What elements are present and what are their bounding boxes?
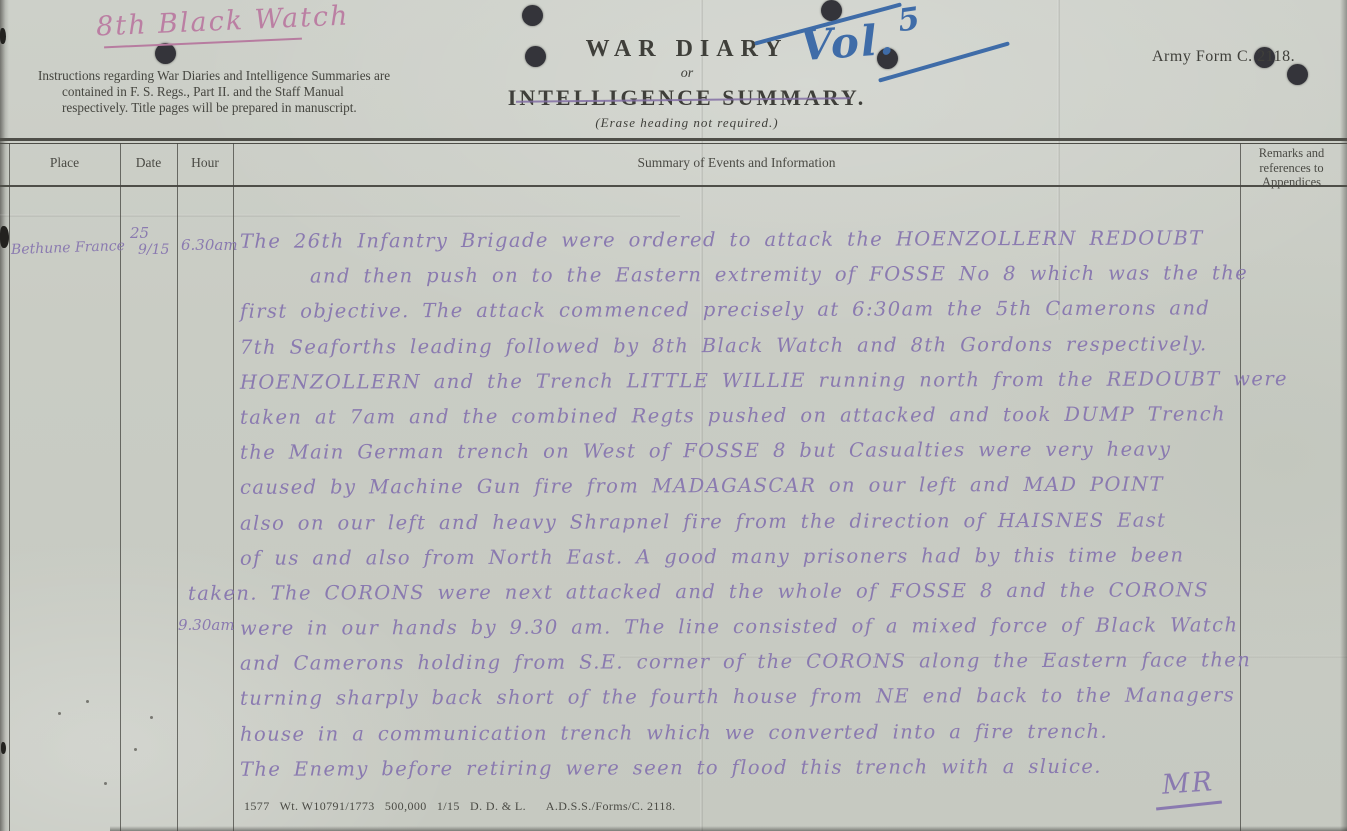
summary-line: taken. The CORONS were next attacked and… [188, 578, 1260, 617]
table-top-rule-thin [0, 143, 1347, 144]
summary-line: The 26th Infantry Brigade were ordered t… [240, 226, 1260, 265]
bottom-edge-shadow [110, 826, 1347, 831]
signature-underline [1156, 801, 1222, 811]
summary-line: The Enemy before retiring were seen to f… [240, 754, 1260, 793]
summary-line: HOENZOLLERN and the Trench LITTLE WILLIE… [240, 367, 1260, 406]
summary-line: 7th Seaforths leading followed by 8th Bl… [240, 332, 1260, 371]
col-header-hour: Hour [177, 155, 233, 171]
entry-hour-first: 6.30am [181, 236, 238, 254]
edge-mark [0, 226, 9, 248]
col-divider-date-hour [177, 143, 178, 831]
summary-line: taken at 7am and the combined Regts push… [240, 402, 1260, 441]
edge-mark [1, 742, 6, 754]
entry-date-day: 25 [130, 224, 149, 242]
entry-date-month-year: 9/15 [138, 242, 169, 258]
header-bottom-rule [0, 185, 1347, 187]
signature-initials: MR [1161, 766, 1215, 801]
summary-line: of us and also from North East. A good m… [240, 543, 1260, 582]
summary-line: caused by Machine Gun fire from MADAGASC… [240, 473, 1260, 512]
summary-line: and then push on to the Eastern extremit… [240, 261, 1260, 300]
entry-summary-text: The 26th Infantry Brigade were ordered t… [240, 228, 1260, 791]
volume-number-handwritten: 5 [896, 1, 922, 40]
war-diary-page: 8th Black Watch Instructions regarding W… [0, 0, 1347, 831]
army-form-number: Army Form C. 2118. [1152, 48, 1295, 66]
right-edge-shadow [1340, 0, 1347, 831]
paper-speck [58, 712, 61, 715]
paper-speck [134, 748, 137, 751]
paper-speck [86, 700, 89, 703]
summary-line: house in a communication trench which we… [240, 719, 1260, 758]
col-header-summary: Summary of Events and Information [233, 155, 1240, 171]
volume-label-handwritten: Vol. [798, 15, 897, 71]
paper-speck [104, 782, 107, 785]
col-header-date: Date [120, 155, 177, 171]
punch-hole [1287, 64, 1308, 85]
summary-line: the Main German trench on West of FOSSE … [240, 437, 1260, 476]
table-left-border [9, 143, 10, 831]
form-imprint: 1577 Wt. W10791/1773 500,000 1/15 D. D. … [244, 799, 676, 814]
col-header-remarks: Remarks and references to Appendices [1243, 146, 1340, 190]
torn-left-edge [0, 0, 9, 831]
summary-line: were in our hands by 9.30 am. The line c… [240, 613, 1260, 652]
summary-line: first objective. The attack commenced pr… [240, 297, 1260, 336]
summary-line: turning sharply back short of the fourth… [240, 684, 1260, 723]
erase-heading-note: (Erase heading not required.) [520, 115, 854, 131]
volume-slash-lower [878, 41, 1010, 82]
paper-speck [150, 716, 153, 719]
punch-hole [522, 5, 543, 26]
table-top-rule [0, 138, 1347, 141]
punch-hole [155, 43, 176, 64]
entry-place: Bethune France [11, 238, 125, 258]
summary-line: also on our left and heavy Shrapnel fire… [240, 508, 1260, 547]
edge-mark [0, 28, 6, 44]
summary-line: and Camerons holding from S.E. corner of… [240, 648, 1260, 687]
entry-hour-second: 9.30am [178, 616, 235, 634]
unit-title-handwritten: 8th Black Watch [95, 0, 350, 42]
form-instructions: Instructions regarding War Diaries and I… [38, 68, 394, 115]
col-header-place: Place [9, 155, 120, 171]
horizontal-crease [0, 214, 680, 217]
